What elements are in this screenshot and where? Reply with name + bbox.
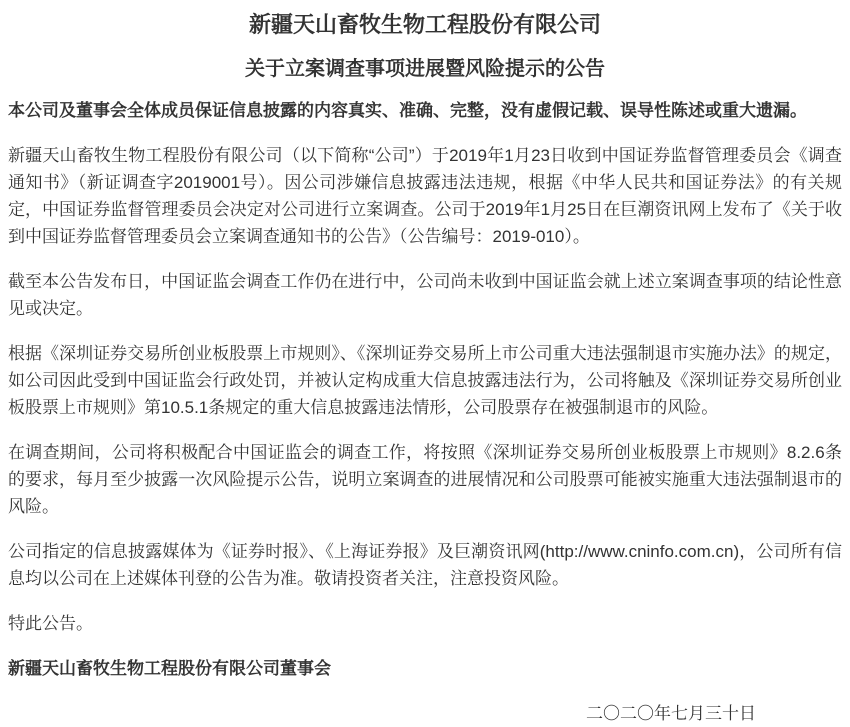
closing-statement: 特此公告。 (8, 610, 842, 637)
announcement-document: 新疆天山畜牧生物工程股份有限公司 关于立案调查事项进展暨风险提示的公告 本公司及… (0, 0, 850, 727)
paragraph-investigation-notice: 新疆天山畜牧生物工程股份有限公司（以下简称“公司”）于2019年1月23日收到中… (8, 142, 842, 250)
announcement-subtitle: 关于立案调查事项进展暨风险提示的公告 (8, 55, 842, 83)
announcement-date: 二〇二〇年七月三十日 (8, 700, 842, 727)
paragraph-monthly-risk-disclosure: 在调查期间，公司将积极配合中国证监会的调查工作，将按照《深圳证券交易所创业板股票… (8, 439, 842, 520)
signature-board: 新疆天山畜牧生物工程股份有限公司董事会 (8, 655, 842, 682)
paragraph-delisting-risk: 根据《深圳证券交易所创业板股票上市规则》、《深圳证券交易所上市公司重大违法强制退… (8, 340, 842, 421)
board-statement: 本公司及董事会全体成员保证信息披露的内容真实、准确、完整，没有虚假记载、误导性陈… (8, 97, 842, 124)
paragraph-disclosure-media: 公司指定的信息披露媒体为《证券时报》、《上海证券报》及巨潮资讯网(http://… (8, 538, 842, 592)
paragraph-investigation-status: 截至本公告发布日，中国证监会调查工作仍在进行中，公司尚未收到中国证监会就上述立案… (8, 268, 842, 322)
announcement-title: 新疆天山畜牧生物工程股份有限公司 (8, 10, 842, 40)
